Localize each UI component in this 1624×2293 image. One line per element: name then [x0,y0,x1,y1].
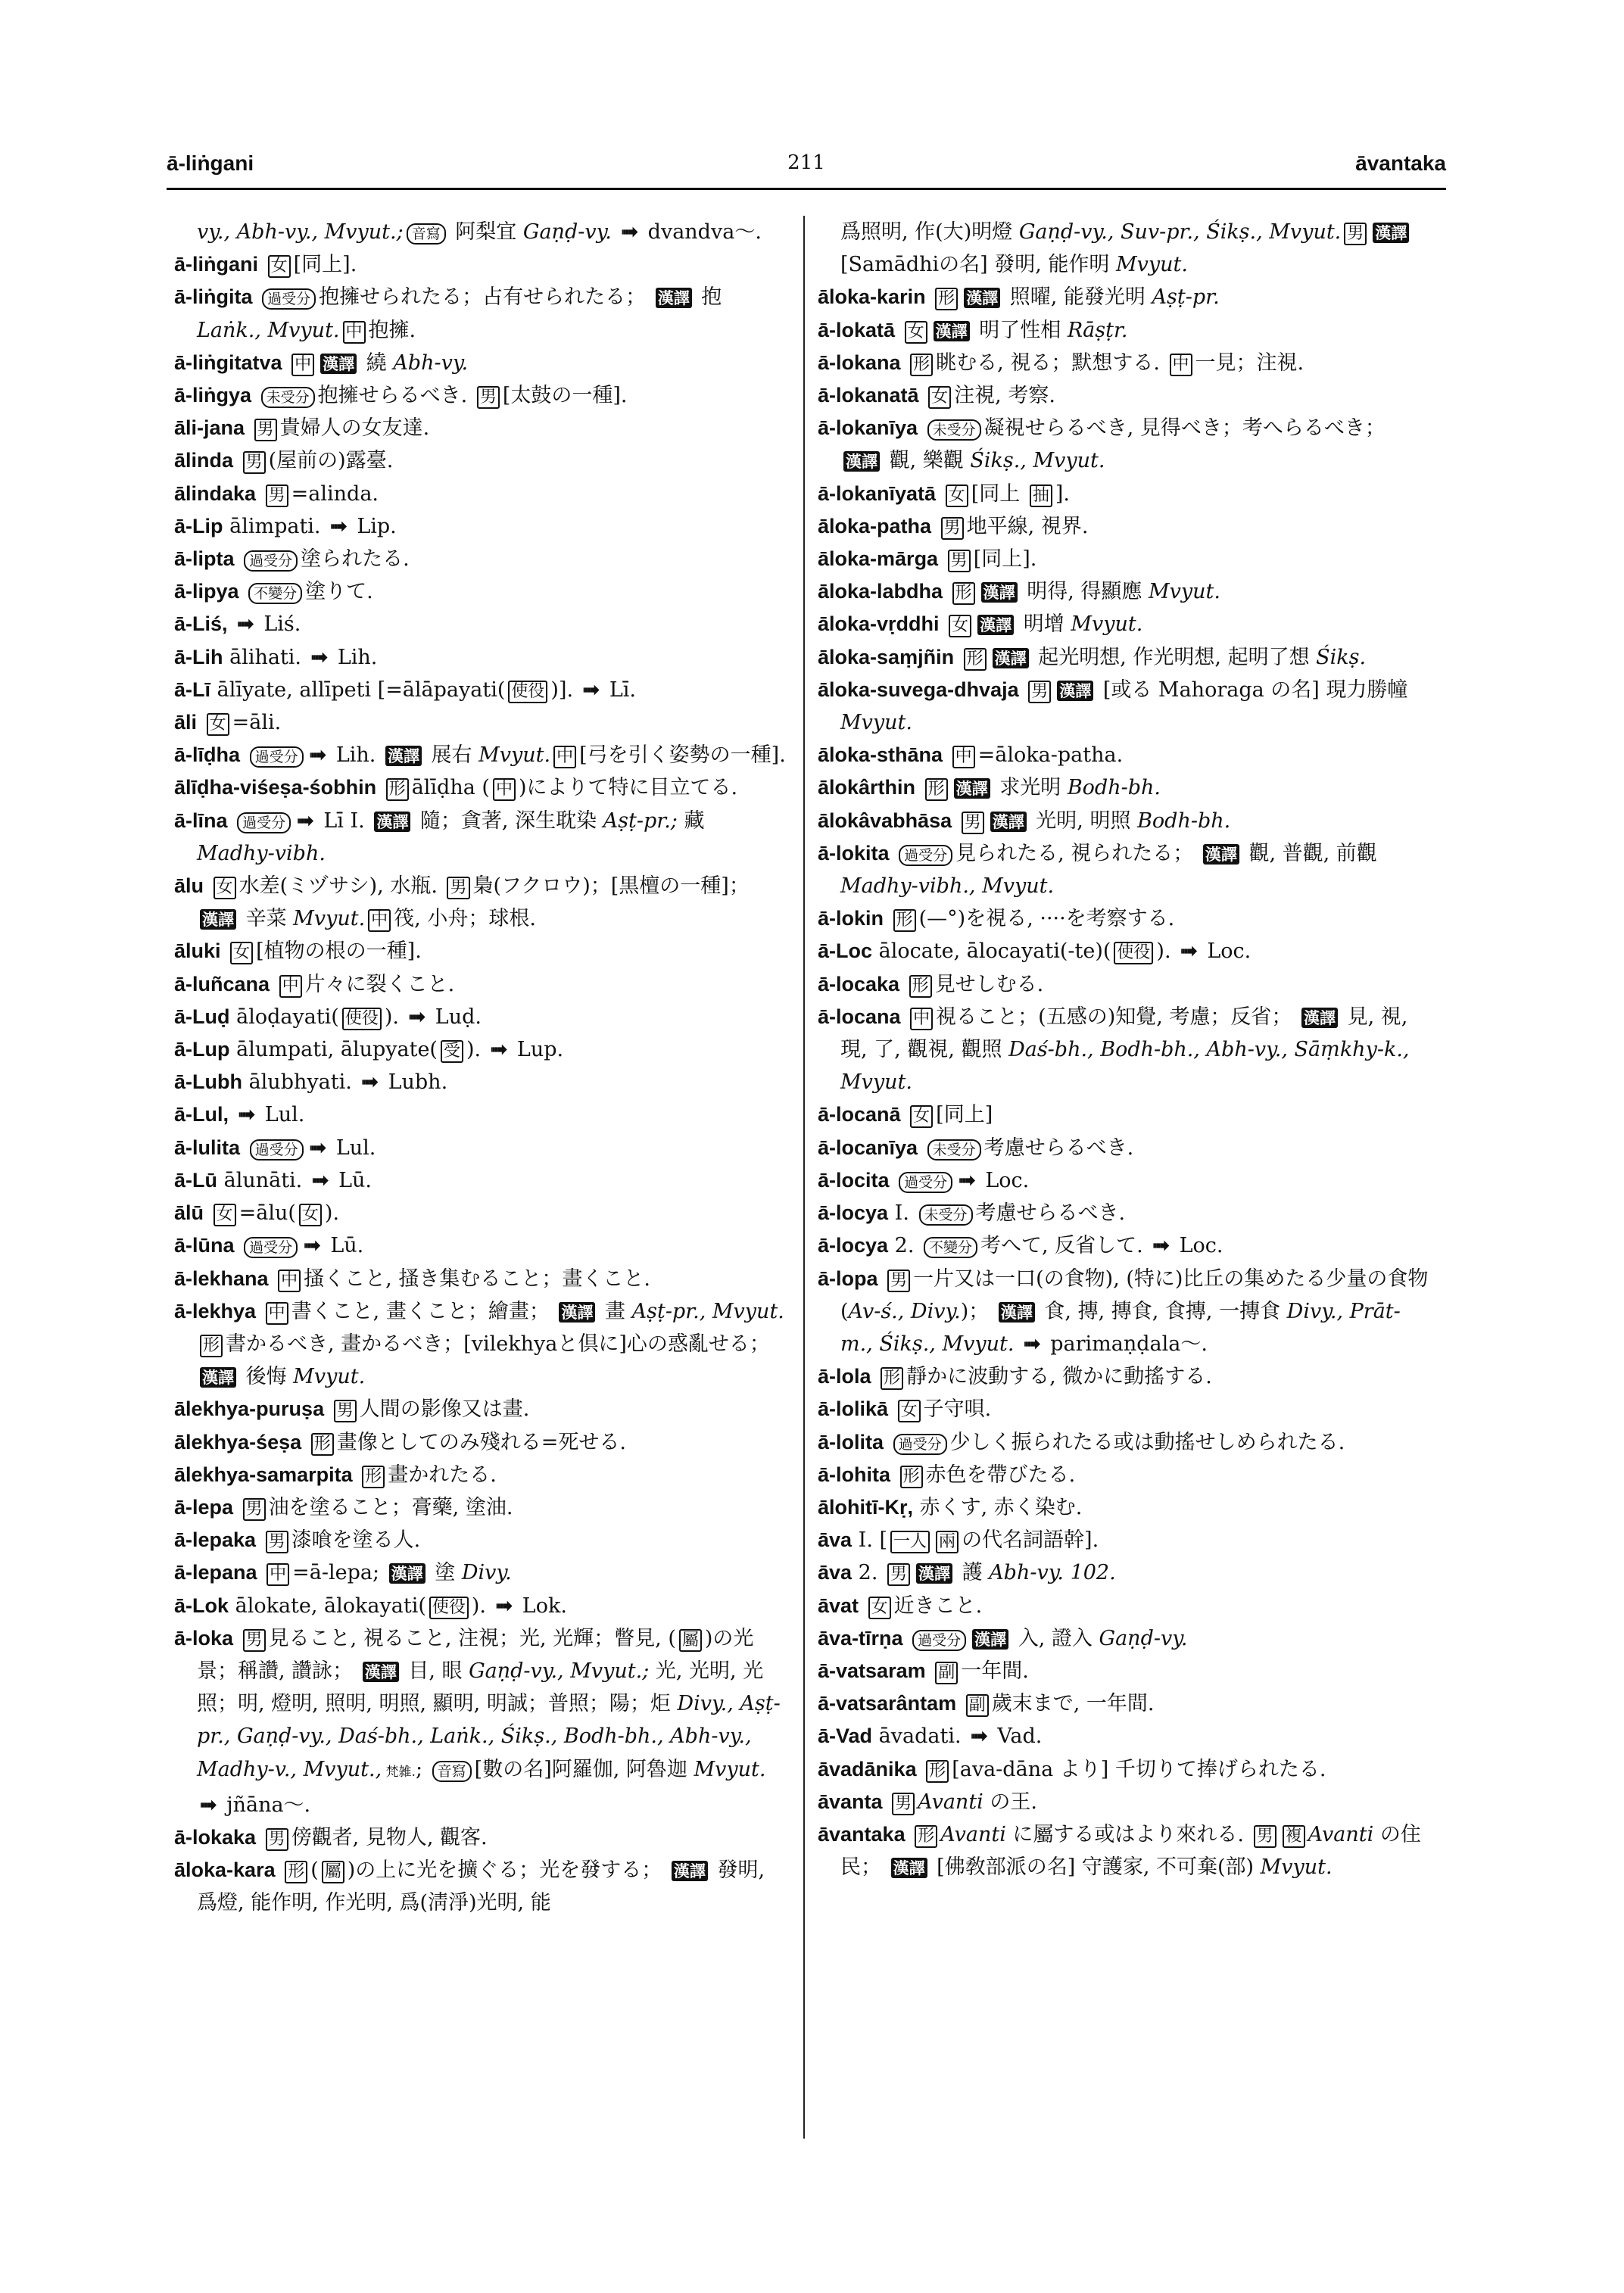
dictionary-entry: ā-Liś, ➟ Liś. [174,608,787,640]
translation-tag-icon: 漢譯 [200,1367,236,1388]
dictionary-entry: āloka-karin 形漢譯 照曜, 能發光明 Aṣṭ-pr. [818,281,1431,313]
definition-text: [ava-dāna より] 千切りて捧げられたる. [952,1758,1326,1781]
headword: ā-lola [818,1365,871,1388]
grammar-tag: 中 [343,321,366,344]
grammar-tag: 男 [243,1629,266,1652]
definition-text: 後悔 [239,1365,293,1388]
headword: ā-Lih [174,646,223,668]
dictionary-entry: ālinda 男(屋前の)露臺. [174,444,787,477]
headword: ā-locana [818,1005,901,1028]
definition-text: の王. [983,1790,1037,1814]
definition-text: 抱擁. [369,319,416,342]
headword: ā-locya [818,1234,888,1257]
grammar-tag: 女 [928,386,951,409]
grammar-tag: 使役 [508,681,547,703]
dictionary-entry: ā-lokana 形眺むる, 視る；默想する. 中一見；注視. [818,347,1431,379]
arrow-icon: ➟ [491,1038,508,1061]
dictionary-entry: ā-lopa 男一片又は一口(の食物), (特に)比丘の集めたる少量の食物 (A… [818,1263,1431,1361]
arrow-icon: ➟ [409,1005,426,1029]
participle-tag: 音寫 [432,1761,472,1782]
dictionary-entry: ā-Lī ālīyate, allīpeti [=ālāpayati(使役)].… [174,674,787,706]
headword: ā-lopa [818,1267,878,1290]
headword: ā-liṅgani [174,253,258,276]
dictionary-entry: ā-vatsarântam 副歲末まで, 一年間. [818,1687,1431,1720]
headword: āvadānika [818,1758,917,1781]
dictionary-entry: ā-lepana 中=ā-lepa; 漢譯 塗 Divy. [174,1556,787,1589]
headword: ā-Lup [174,1038,230,1061]
dictionary-entry: ā-lokanīya 未受分凝視せらるべき, 見得べき；考へらるべき； 漢譯 觀… [818,412,1431,477]
dictionary-entry: āvat 女近きこと. [818,1590,1431,1622]
definition-text: 護 [955,1561,989,1584]
source-ref: Avanti [1308,1823,1374,1846]
headword: ā-lepana [174,1561,257,1584]
dictionary-entry: ā-Lok ālokate, ālokayati(使役). ➟ Lok. [174,1590,787,1622]
grammar-tag: 形 [285,1861,307,1883]
source-ref: Mvyut. [1149,580,1220,603]
grammar-tag: 女 [910,1105,933,1128]
grammar-tag: 中 [553,746,576,768]
grammar-tag: 女 [299,1204,322,1226]
source-ref: Bodh-bh. [1068,776,1161,799]
grammar-tag: 形 [925,778,948,801]
definition-text: 塗られたる. [301,547,410,571]
definition-text: 考へて, 反省して. [980,1234,1149,1257]
dictionary-entry: āva-tīrṇa 過受分漢譯 入, 證入 Gaṇḍ-vy. [818,1622,1431,1655]
grammar-tag: 男 [254,419,277,441]
arrow-icon: ➟ [1180,939,1198,963]
grammar-tag: 女 [868,1597,891,1619]
headword: ālokârthin [818,776,915,799]
grammar-tag: 男 [334,1400,357,1422]
grammar-tag: 使役 [429,1597,469,1619]
grammar-tag: 屬 [322,1861,344,1883]
definition-text: 水差(ミヅサシ), 水瓶. [239,874,444,898]
definition-text: =āli. [232,711,282,734]
definition-text: āvadati. [879,1724,968,1748]
translation-tag-icon: 漢譯 [385,746,422,766]
definition-text: [同上]. [974,547,1037,571]
source-ref: Mvyut. [478,743,550,767]
grammar-tag: 形 [311,1433,334,1456]
dictionary-entry: ā-lokanīyatā 女[同上 抽]. [818,478,1431,510]
definition-text: 赤色を帶びたる. [926,1463,1076,1487]
headword: āli-jana [174,416,245,439]
dictionary-entry: ālindaka 男=alinda. [174,478,787,510]
participle-tag: 音寫 [407,223,446,245]
definition-text: 靜かに波動する, 微かに動搖する. [906,1365,1212,1388]
dictionary-entry: ālohitī-Kṛ, 赤くす, 赤く染む. [818,1491,1431,1524]
grammar-tag: 男 [887,1563,910,1586]
dictionary-entry: ā-Vad āvadati. ➟ Vad. [818,1720,1431,1752]
headword: ā-liṅgita [174,285,253,308]
definition-text: 見られたる, 視られたる； [955,842,1200,865]
definition-text: 光明, 明照 [1030,809,1137,833]
source-ref: Mvyut. [694,1758,766,1781]
dictionary-entry: ā-locaka 形見せしむる. [818,968,1431,1001]
dictionary-entry: ā-locanīya 未受分考慮せらるべき. [818,1132,1431,1164]
arrow-icon: ➟ [297,809,314,833]
source-ref: Laṅk., Mvyut. [197,319,340,342]
definition-text: Loc. [1201,939,1251,963]
headword: āvantaka [818,1823,906,1846]
dictionary-entry: ā-lolita 過受分少しく振られたる或は動搖せしめられたる. [818,1426,1431,1459]
dictionary-entry: āvanta 男Avanti の王. [818,1786,1431,1818]
source-ref: Gaṇḍ-vy., Mvyut.; [469,1659,649,1683]
dictionary-entry: ālū 女=ālu(女). [174,1197,787,1229]
arrow-icon: ➟ [237,612,254,636]
definition-text: 照曜, 能發光明 [1003,285,1152,309]
definition-text: に屬する或はより來れる. [1006,1823,1251,1846]
definition-text: ). [325,1201,339,1225]
arrow-icon: ➟ [959,1169,976,1192]
definition-text: [太鼓の一種]. [503,384,628,407]
arrow-icon: ➟ [361,1070,379,1094]
headword: ā-lipya [174,580,239,603]
grammar-tag: 中 [1170,354,1192,376]
headword: āva-tīrṇa [818,1627,903,1650]
definition-text: 展右 [425,743,478,767]
grammar-tag: 男 [243,1498,266,1521]
headword: ā-liṅgya [174,384,251,407]
definition-text: āloḍayati( [236,1005,339,1029]
headword: ā-lokanatā [818,384,919,407]
definition-text: 藏 [678,809,705,833]
definition-text: Loc. [1173,1234,1223,1257]
dictionary-entry: ālekhya-samarpita 形畫かれたる. [174,1459,787,1491]
grammar-tag: 男 [887,1270,910,1292]
definition-text: 觀, 普觀, 前觀 [1242,842,1377,865]
grammar-tag: 男 [1254,1825,1276,1848]
participle-tag: 未受分 [927,419,981,441]
definition-text: 搔くこと, 搔き集むること；畫くこと. [304,1267,650,1291]
definition-text: [同上]. [294,253,357,276]
headword: ā-līḍha [174,743,240,766]
source-ref: Aṣṭ-pr. [1152,285,1220,309]
source-ref: Gaṇḍ-vy. [523,220,612,244]
grammar-tag: 女 [207,713,229,736]
definition-text: 赤くす, 赤く染む. [920,1496,1083,1519]
definition-text: ālokate, ālokayati( [235,1594,426,1618]
definition-text [612,220,619,244]
translation-tag-icon: 漢譯 [656,288,692,308]
grammar-tag: 男 [1344,223,1367,245]
arrow-icon: ➟ [310,1136,327,1160]
headword: āvanta [818,1790,883,1813]
translation-tag-icon: 漢譯 [363,1662,399,1682]
grammar-tag: 中 [910,1008,933,1030]
definition-text: 抱 [695,285,722,309]
arrow-icon: ➟ [304,1234,321,1257]
grammar-tag: 形 [964,648,987,671]
headword: āloka-suvega-dhvaja [818,678,1019,701]
arrow-icon: ➟ [310,743,327,767]
dictionary-entry: ā-locana 中視ること；(五感の)知覺, 考慮；反省； 漢譯 見, 視, … [818,1001,1431,1099]
definition-text: 目, 眼 [402,1659,469,1683]
definition-text: 一年間. [961,1659,1029,1683]
definition-text: 繞 [360,351,393,375]
grammar-tag: 中 [952,746,975,768]
definition-text: 抱擁せらるべき. [318,384,474,407]
definition-text [1014,1332,1021,1356]
headword: ā-lūna [174,1234,235,1257]
definition-text: 入, 證入 [1011,1627,1099,1650]
definition-text: parimaṇḍala〜. [1044,1332,1208,1356]
grammar-tag: 中 [267,1563,289,1586]
definition-text: 求光明 [993,776,1068,799]
headword: ā-liṅgitatva [174,351,282,374]
source-ref: Madhy-vibh., Mvyut. [840,874,1054,898]
dictionary-entry: ā-luñcana 中片々に裂くこと. [174,968,787,1001]
definition-text: Lī I. [317,809,372,833]
headword: ā-loka [174,1627,233,1650]
arrow-icon: ➟ [238,1103,256,1126]
arrow-icon: ➟ [971,1724,988,1748]
definition-text: ). [466,1038,488,1061]
definition-text: 塗 [429,1561,462,1584]
translation-tag-icon: 漢譯 [1203,844,1239,865]
definition-text: 筏, 小舟；球根. [394,907,536,930]
dictionary-entry: ā-loka 男見ること, 視ること, 注視；光, 光輝；瞥見, (屬)の光景；… [174,1622,787,1821]
definition-text: Lū. [332,1169,371,1192]
definition-text: Lup. [510,1038,563,1061]
headword: ālohitī-Kṛ, [818,1496,913,1519]
dictionary-entry: ā-lolikā 女子守唄. [818,1393,1431,1425]
headword: āloka-mārga [818,547,938,570]
dictionary-entry: ā-lokin 形(—°)を視る, ····を考察する. [818,902,1431,935]
dictionary-entry: ā-Luḍ āloḍayati(使役). ➟ Luḍ. [174,1001,787,1033]
headword: ā-Liś, [174,612,228,635]
dictionary-entry: ā-locya I. 未受分考慮せらるべき. [818,1197,1431,1229]
headword: āloka-saṃjñin [818,646,954,668]
translation-tag-icon: 漢譯 [1373,223,1409,243]
definition-text: )]. [550,678,579,702]
headword: ā-vatsarântam [818,1692,956,1715]
dictionary-entry: ā-liṅgya 未受分抱擁せらるべき. 男[太鼓の一種]. [174,379,787,412]
definition-text: 地平線, 視界. [967,515,1089,538]
dictionary-entry: ā-lepa 男油を塗ること；膏藥, 塗油. [174,1491,787,1524]
participle-tag: 過受分 [893,1434,947,1455]
grammar-tag: 中 [368,909,391,932]
grammar-tag: 受 [441,1040,463,1063]
headword: āloka-kara [174,1858,276,1881]
translation-tag-icon: 漢譯 [993,648,1029,668]
dictionary-entry: ā-lekhana 中搔くこと, 搔き集むること；畫くこと. [174,1263,787,1295]
headword: ā-līna [174,809,228,832]
definition-text: ālocate, ālocayati(-te)( [879,939,1111,963]
grammar-tag: 女 [230,942,253,964]
dictionary-entry: vy., Abh-vy., Mvyut.;音寫 阿梨宜 Gaṇḍ-vy. ➟ d… [174,216,787,248]
definition-text: 明增 [1017,612,1071,636]
grammar-tag: 形 [926,1760,949,1783]
definition-text: Lul. [329,1136,376,1160]
grammar-tag: 形 [893,909,916,932]
grammar-tag: 形 [362,1466,385,1488]
source-ref: Rāṣṭr. [1068,319,1128,342]
grammar-tag: 男 [962,812,984,834]
dictionary-entry: ā-lokaka 男傍觀者, 見物人, 觀客. [174,1821,787,1854]
headword: āva [818,1561,852,1584]
grammar-tag: 中 [266,1302,288,1325]
definition-text: 一見；注視. [1195,351,1304,375]
definition-text: 畫 [598,1300,631,1323]
grammar-tag: 中 [493,778,516,801]
definition-text: Lū. [324,1234,363,1257]
source-ref: Av-ś., Divy. [849,1300,961,1323]
headword: āluki [174,939,221,962]
source-ref: Mvyut. [840,711,912,734]
dictionary-entry: ā-Lih ālihati. ➟ Lih. [174,641,787,674]
dictionary-entry: ā-Lū ālunāti. ➟ Lū. [174,1164,787,1197]
grammar-tag: 中 [279,975,302,998]
definition-text: ; [416,1758,429,1781]
definition-text: ālimpati. [229,515,327,538]
grammar-tag: 女 [898,1400,921,1422]
definition-text: 見ること, 視ること, 注視；光, 光輝；瞥見, ( [269,1627,676,1650]
headword: ā-Lubh [174,1070,242,1093]
headword: ā-lokanīyatā [818,482,936,505]
headword: ā-Lū [174,1169,217,1192]
definition-text: Luḍ. [429,1005,482,1029]
definition-text: Vad. [991,1724,1043,1748]
headword: āloka-karin [818,285,926,308]
headword: ā-lokanīya [818,416,918,439]
definition-text: 近きこと. [894,1594,983,1618]
headword: ālekhya-śeṣa [174,1431,301,1453]
dictionary-entry: āloka-saṃjñin 形漢譯 起光明想, 作光明想, 起明了想 Śikṣ. [818,641,1431,674]
grammar-tag: 副 [935,1662,958,1684]
definition-text: Loc. [979,1169,1029,1192]
definition-text: [同上 [971,482,1027,506]
source-ref: Aṣṭ-pr., Mvyut. [632,1300,784,1323]
definition-text: Lih. [329,743,382,767]
dictionary-entry: ā-līna 過受分➟ Lī I. 漢譯 隨；貪著, 深生耽染 Aṣṭ-pr.;… [174,805,787,870]
headword: āva [818,1528,852,1551]
source-ref: Madhy-vibh. [197,842,326,865]
source-ref: Aṣṭ-pr.; [603,809,678,833]
translation-tag-icon: 漢譯 [977,615,1014,635]
grammar-tag: 女 [214,877,236,899]
arrow-icon: ➟ [1152,1234,1170,1257]
dictionary-entry: āva 2. 男漢譯 護 Abh-vy. 102. [818,1556,1431,1589]
grammar-tag: 男 [941,517,964,540]
headword: ā-lulita [174,1136,240,1159]
grammar-tag: 形 [952,582,975,605]
headword: ā-Luḍ [174,1005,230,1028]
definition-text: ālīḍha ( [412,776,490,799]
headword: ā-lepa [174,1496,233,1519]
definition-text: 書くこと, 畫くこと；繪畫； [291,1300,556,1323]
source-ref: Mvyut. [1116,253,1188,276]
translation-tag-icon: 漢譯 [981,582,1018,603]
translation-tag-icon: 漢譯 [843,451,880,472]
dictionary-entry: ā-lipta 過受分塗られたる. [174,543,787,575]
definition-text: 傍觀者, 見物人, 觀客. [291,1826,488,1849]
headword: ā-lekhya [174,1300,256,1323]
grammar-tag: 男 [243,451,266,474]
grammar-tag: 屬 [679,1629,702,1652]
definition-text: 視ること；(五感の)知覺, 考慮；反省； [936,1005,1298,1029]
definition-text: ālīyate, allīpeti [=ālāpayati( [217,678,506,702]
header-first-entry: ā-liṅgani [167,151,254,176]
dictionary-entry: ā-locita 過受分➟ Loc. [818,1164,1431,1197]
headword: ā-Lī [174,678,210,701]
left-column: vy., Abh-vy., Mvyut.;音寫 阿梨宜 Gaṇḍ-vy. ➟ d… [174,216,787,1920]
dictionary-entry: ā-liṅgita 過受分抱擁せられたる；占有せられたる； 漢譯 抱 Laṅk.… [174,281,787,346]
definition-text: ). [472,1594,493,1618]
headword: ā-Lul, [174,1103,229,1126]
translation-tag-icon: 漢譯 [1301,1008,1338,1028]
definition-text: 明了性相 [973,319,1068,342]
headword: ā-luñcana [174,973,270,995]
grammar-tag: 形 [900,1466,923,1488]
headword: ā-lokita [818,842,890,865]
definition-text: 2. [859,1561,884,1584]
definition-text: I. [895,1201,916,1225]
dictionary-entry: ā-lekhya 中書くこと, 畫くこと；繪畫； 漢譯 畫 Aṣṭ-pr., M… [174,1295,787,1394]
participle-tag: 未受分 [261,387,315,408]
definition-text: [Samādhiの名] 發明, 能作明 [840,253,1116,276]
headword: āloka-sthāna [818,743,943,766]
arrow-icon: ➟ [311,646,329,669]
translation-tag-icon: 漢譯 [320,354,357,374]
dictionary-entry: ā-lepaka 男漆喰を塗る人. [174,1524,787,1556]
headword: āloka-vṛddhi [818,612,940,635]
definition-text: 子守唄. [924,1397,992,1421]
header-last-entry: āvantaka [1355,151,1446,176]
dictionary-entry: ālu 女水差(ミヅサシ), 水瓶. 男梟(フクロウ)；[黒檀の一種]； 漢譯 … [174,870,787,935]
header-rule [167,188,1446,190]
headword: ālekhya-puruṣa [174,1397,324,1420]
dictionary-entry: ā-liṅgani 女[同上]. [174,248,787,281]
grammar-tag: 男 [266,1531,288,1553]
participle-tag: 過受分 [244,1237,298,1258]
headword: ā-lolikā [818,1397,888,1420]
source-ref: Śikṣ. [1316,646,1366,669]
translation-tag-icon: 漢譯 [891,1858,927,1878]
definition-text: 見せしむる. [935,973,1044,996]
definition-text: 觀, 樂觀 [883,449,970,472]
source-ref: Gaṇḍ-vy., Suv-pr., Śikṣ., Mvyut. [1019,220,1341,244]
definition-text: 2. [895,1234,921,1257]
dictionary-entry: ālekhya-puruṣa 男人間の影像又は畫. [174,1393,787,1425]
running-header: ā-liṅgani 211 āvantaka [167,151,1446,182]
headword: ā-Loc [818,939,872,962]
definition-text: 畫かれたる. [388,1463,497,1487]
participle-tag: 過受分 [250,746,304,768]
dictionary-entry: ā-Loc ālocate, ālocayati(-te)(使役). ➟ Loc… [818,935,1431,967]
dictionary-entry: āloka-kara 形(屬)の上に光を擴ぐる；光を發する； 漢譯 發明, 爲燈… [174,1854,787,1919]
translation-tag-icon: 漢譯 [916,1563,952,1584]
dictionary-entry: 爲照明, 作(大)明燈 Gaṇḍ-vy., Suv-pr., Śikṣ., Mv… [818,216,1431,281]
dictionary-entry: ā-Lul, ➟ Lul. [174,1098,787,1131]
right-column: 爲照明, 作(大)明燈 Gaṇḍ-vy., Suv-pr., Śikṣ., Mv… [818,216,1431,1883]
grammar-tag: 女 [268,255,291,278]
participle-tag: 過受分 [899,1172,952,1193]
note-text: 梵雑. [382,1765,416,1780]
headword: ā-lokin [818,907,884,930]
definition-text: 塗りて. [305,580,373,603]
definition-text: 貴婦人の女友達. [280,416,430,440]
definition-text: Lih. [331,646,377,669]
definition-text: [佛敎部派の名] 守護家, 不可棄(部) [930,1855,1261,1879]
headword: āli [174,711,197,734]
definition-text: 人間の影像又は畫. [360,1397,530,1421]
grammar-tag: 複 [1283,1825,1305,1848]
definition-text: Lok. [516,1594,567,1618]
definition-text: ālumpati, ālupyate( [236,1038,438,1061]
headword: ā-locanīya [818,1136,918,1159]
page-number: 211 [787,151,825,174]
